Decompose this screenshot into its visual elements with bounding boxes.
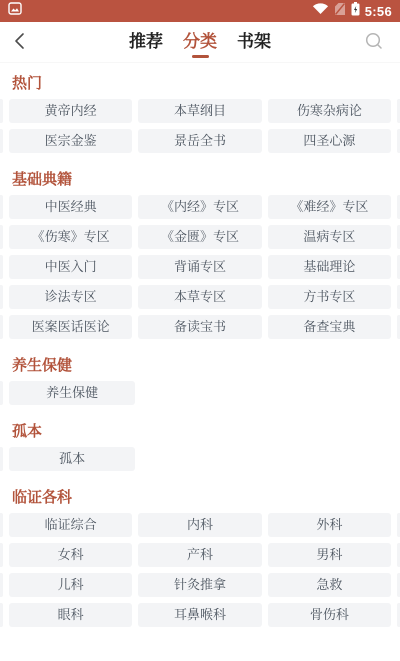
category-button[interactable]: 基础理论 bbox=[268, 255, 391, 279]
section: 养生保健养生保健 bbox=[0, 357, 400, 405]
tab-category[interactable]: 分类 bbox=[183, 27, 217, 58]
category-button[interactable]: 医宗金鉴 bbox=[9, 129, 132, 153]
edge-item-fragment bbox=[0, 285, 3, 309]
category-button[interactable]: 《内经》专区 bbox=[138, 195, 261, 219]
category-button[interactable]: 《伤寒》专区 bbox=[9, 225, 132, 249]
edge-item-fragment bbox=[0, 381, 3, 405]
app-screen: 5:56 推荐分类书架 热门黄帝内经本草纲目伤寒杂病论医宗金鉴景岳全书四圣心源基… bbox=[0, 0, 400, 661]
clock-time: 5:56 bbox=[365, 4, 392, 19]
tab-label: 分类 bbox=[183, 27, 217, 52]
edge-item-fragment bbox=[0, 603, 3, 627]
tab-bar: 推荐分类书架 bbox=[129, 22, 271, 63]
search-icon bbox=[364, 31, 384, 54]
category-button[interactable]: 背诵专区 bbox=[138, 255, 261, 279]
category-button[interactable]: 诊法专区 bbox=[9, 285, 132, 309]
battery-charging-icon bbox=[351, 2, 360, 21]
category-button[interactable]: 急救 bbox=[268, 573, 391, 597]
screenshot-photo-icon bbox=[8, 2, 22, 20]
tab-label: 推荐 bbox=[129, 27, 163, 52]
category-row: 《伤寒》专区《金匮》专区温病专区 bbox=[0, 225, 400, 249]
section: 基础典籍中医经典《内经》专区《难经》专区《伤寒》专区《金匮》专区温病专区中医入门… bbox=[0, 171, 400, 339]
category-button[interactable]: 本草专区 bbox=[138, 285, 261, 309]
edge-item-fragment bbox=[0, 315, 3, 339]
category-button[interactable]: 骨伤科 bbox=[268, 603, 391, 627]
category-button[interactable]: 《难经》专区 bbox=[268, 195, 391, 219]
category-button[interactable]: 伤寒杂病论 bbox=[268, 99, 391, 123]
category-button[interactable]: 景岳全书 bbox=[138, 129, 261, 153]
category-button[interactable]: 耳鼻喉科 bbox=[138, 603, 261, 627]
tab-recommend[interactable]: 推荐 bbox=[129, 27, 163, 58]
category-row: 中医经典《内经》专区《难经》专区 bbox=[0, 195, 400, 219]
category-button[interactable]: 医案医话医论 bbox=[9, 315, 132, 339]
category-button[interactable]: 《金匮》专区 bbox=[138, 225, 261, 249]
section-title: 孤本 bbox=[12, 423, 388, 440]
edge-item-fragment bbox=[0, 255, 3, 279]
category-button[interactable]: 本草纲目 bbox=[138, 99, 261, 123]
category-sections: 热门黄帝内经本草纲目伤寒杂病论医宗金鉴景岳全书四圣心源基础典籍中医经典《内经》专… bbox=[0, 63, 400, 627]
edge-item-fragment bbox=[0, 513, 3, 537]
section: 热门黄帝内经本草纲目伤寒杂病论医宗金鉴景岳全书四圣心源 bbox=[0, 75, 400, 153]
section-title: 临证各科 bbox=[12, 489, 388, 506]
active-tab-underline bbox=[192, 55, 209, 58]
category-button[interactable]: 女科 bbox=[9, 543, 132, 567]
category-button[interactable]: 临证综合 bbox=[9, 513, 132, 537]
category-button[interactable]: 备读宝书 bbox=[138, 315, 261, 339]
category-button[interactable]: 中医入门 bbox=[9, 255, 132, 279]
category-button[interactable]: 眼科 bbox=[9, 603, 132, 627]
category-row: 女科产科男科 bbox=[0, 543, 400, 567]
category-button[interactable]: 中医经典 bbox=[9, 195, 132, 219]
edge-item-fragment bbox=[0, 447, 3, 471]
edge-item-fragment bbox=[0, 225, 3, 249]
section: 临证各科临证综合内科外科女科产科男科儿科针灸推拿急救眼科耳鼻喉科骨伤科 bbox=[0, 489, 400, 627]
chevron-left-icon bbox=[11, 31, 29, 54]
nav-bar: 推荐分类书架 bbox=[0, 22, 400, 63]
edge-item-fragment bbox=[0, 195, 3, 219]
edge-item-fragment bbox=[0, 573, 3, 597]
edge-item-fragment bbox=[0, 543, 3, 567]
active-tab-underline bbox=[246, 55, 263, 58]
tab-label: 书架 bbox=[237, 27, 271, 52]
section-title: 养生保健 bbox=[12, 357, 388, 374]
section-title: 热门 bbox=[12, 75, 388, 92]
category-button[interactable]: 内科 bbox=[138, 513, 261, 537]
category-button[interactable]: 产科 bbox=[138, 543, 261, 567]
category-button[interactable]: 四圣心源 bbox=[268, 129, 391, 153]
category-button[interactable]: 儿科 bbox=[9, 573, 132, 597]
category-row: 医宗金鉴景岳全书四圣心源 bbox=[0, 129, 400, 153]
status-bar: 5:56 bbox=[0, 0, 400, 22]
back-button[interactable] bbox=[0, 22, 40, 63]
section-title: 基础典籍 bbox=[12, 171, 388, 188]
category-row: 黄帝内经本草纲目伤寒杂病论 bbox=[0, 99, 400, 123]
category-button[interactable]: 针灸推拿 bbox=[138, 573, 261, 597]
category-button[interactable]: 养生保健 bbox=[9, 381, 135, 405]
edge-item-fragment bbox=[0, 99, 3, 123]
section: 孤本孤本 bbox=[0, 423, 400, 471]
category-button[interactable]: 孤本 bbox=[9, 447, 135, 471]
category-button[interactable]: 外科 bbox=[268, 513, 391, 537]
category-row: 临证综合内科外科 bbox=[0, 513, 400, 537]
category-button[interactable]: 备查宝典 bbox=[268, 315, 391, 339]
category-row: 眼科耳鼻喉科骨伤科 bbox=[0, 603, 400, 627]
category-row: 诊法专区本草专区方书专区 bbox=[0, 285, 400, 309]
category-row: 医案医话医论备读宝书备查宝典 bbox=[0, 315, 400, 339]
search-button[interactable] bbox=[356, 22, 392, 63]
edge-item-fragment bbox=[0, 129, 3, 153]
category-row: 儿科针灸推拿急救 bbox=[0, 573, 400, 597]
category-button[interactable]: 男科 bbox=[268, 543, 391, 567]
category-row: 孤本 bbox=[0, 447, 400, 471]
category-button[interactable]: 方书专区 bbox=[268, 285, 391, 309]
category-row: 养生保健 bbox=[0, 381, 400, 405]
category-row: 中医入门背诵专区基础理论 bbox=[0, 255, 400, 279]
category-button[interactable]: 黄帝内经 bbox=[9, 99, 132, 123]
active-tab-underline bbox=[138, 55, 155, 58]
no-sim-icon bbox=[334, 2, 346, 21]
tab-bookshelf[interactable]: 书架 bbox=[237, 27, 271, 58]
category-button[interactable]: 温病专区 bbox=[268, 225, 391, 249]
wifi-icon bbox=[312, 2, 329, 20]
